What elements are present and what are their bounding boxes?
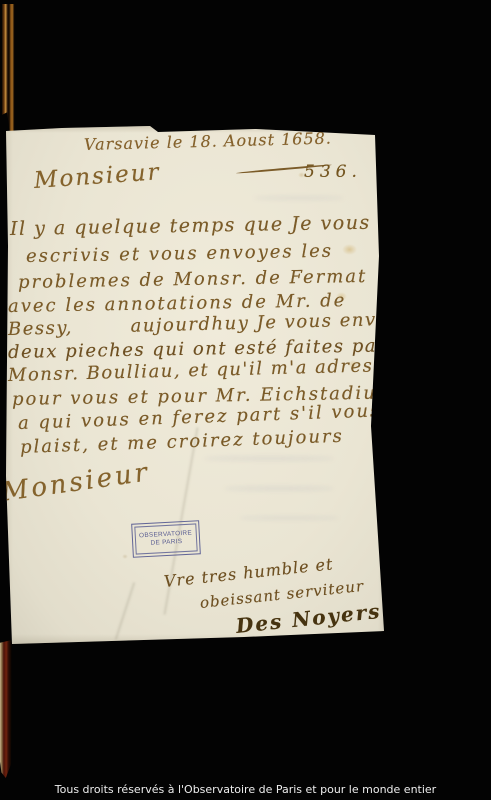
paper-crease xyxy=(115,582,135,640)
manuscript-page: Varsavie le 18. Aoust 1658. 536. Monsieu… xyxy=(4,126,388,646)
verso-showthrough xyxy=(254,196,344,200)
manuscript-scan-viewer: Varsavie le 18. Aoust 1658. 536. Monsieu… xyxy=(0,0,491,800)
letter-salutation: Monsieur xyxy=(33,159,161,194)
paper-stain xyxy=(342,244,357,255)
letter-dateline: Varsavie le 18. Aoust 1658. xyxy=(84,129,332,154)
body-line-2: escrivis et vous envoyes les xyxy=(26,241,333,267)
verso-showthrough xyxy=(224,486,334,491)
copyright-caption: Tous droits réservés à l'Observatoire de… xyxy=(0,783,491,796)
book-binding-edge-top xyxy=(2,4,15,136)
closing-salutation: Monsieur xyxy=(0,457,152,507)
verso-showthrough xyxy=(239,516,339,520)
body-line-1: Il y a quelque temps que Je vous xyxy=(10,212,371,240)
book-binding-edge-bottom xyxy=(0,640,12,778)
observatory-library-stamp: OBSERVATOIRE DE PARIS xyxy=(131,520,201,558)
stamp-line-2: DE PARIS xyxy=(150,538,182,547)
verso-showthrough xyxy=(204,456,334,461)
body-line-3: problemes de Monsr. de Fermat xyxy=(18,266,368,293)
paper-stain xyxy=(122,554,128,559)
folio-number: 536. xyxy=(304,162,362,182)
